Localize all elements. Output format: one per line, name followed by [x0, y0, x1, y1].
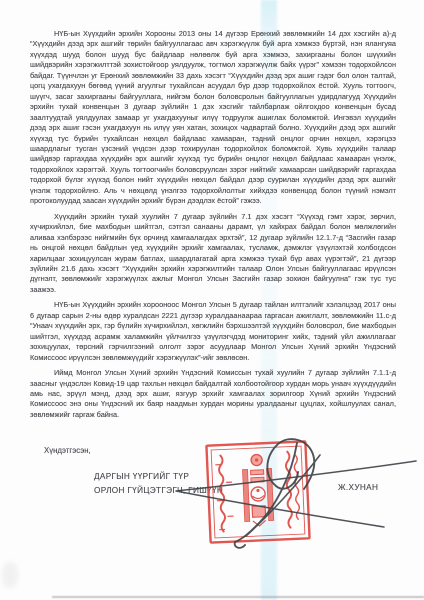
signer-name: Ж.ХУНАН: [338, 483, 378, 492]
closing-salutation: Хүндэтгэсэн,: [44, 446, 91, 455]
paragraph-child-rights-law: Хүүхдийн эрхийн тухай хуулийн 7 дугаар з…: [30, 212, 396, 296]
scanned-letter-page: НҮБ-ын Хүүхдийн эрхийн Хорооны 2013 оны …: [0, 0, 424, 600]
official-seal-icon: [204, 439, 312, 545]
scan-artifact-bottom-edge: [52, 596, 424, 598]
signer-title-block: ДАРГЫН ҮҮРГИЙГ ТҮР ОРЛОН ГҮЙЦЭТГЭГЧ, ГИШ…: [94, 470, 223, 497]
paragraph-conclusion-recommendation: Иймд Монгол Улсын Хүний эрхийн Үндэсний …: [30, 368, 396, 420]
letter-body: НҮБ-ын Хүүхдийн эрхийн Хорооны 2013 оны …: [30, 29, 396, 425]
scan-artifact-smudge: [2, 562, 18, 588]
signer-title-line-1: ДАРГЫН ҮҮРГИЙГ ТҮР: [94, 470, 223, 484]
paragraph-un-committee-recommendation: НҮБ-ын Хүүхдийн эрхийн хорооноос Монгол …: [30, 300, 396, 363]
paragraph-un-general-comment: НҮБ-ын Хүүхдийн эрхийн Хорооны 2013 оны …: [30, 29, 396, 207]
signer-title-line-2: ОРЛОН ГҮЙЦЭТГЭГЧ, ГИШҮҮН: [94, 484, 223, 498]
